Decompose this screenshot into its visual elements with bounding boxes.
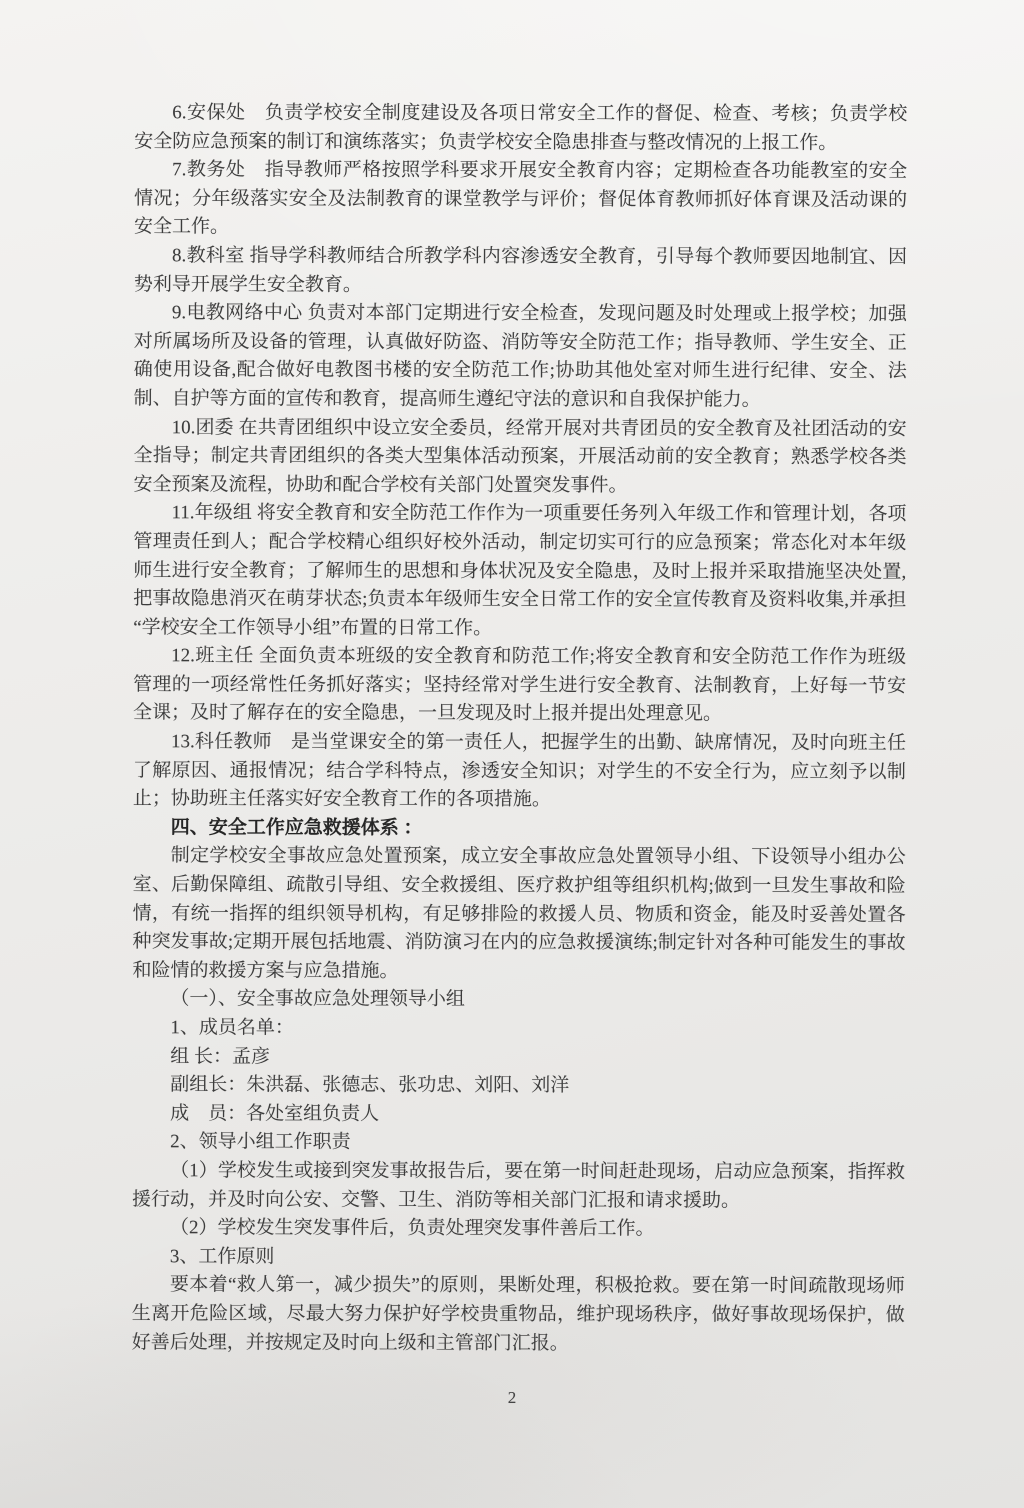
paragraph: （2）学校发生突发事件后，负责处理突发事件善后工作。 [132, 1214, 905, 1244]
document-body: 6.安保处 负责学校安全制度建设及各项日常安全工作的督促、检查、考核；负责学校安… [132, 99, 908, 1359]
paragraph: 13.科任教师 是当堂课安全的第一责任人，把握学生的出勤、缺席情况，及时向班主任… [133, 728, 906, 815]
paragraph: 组 长：孟彦 [132, 1043, 905, 1073]
paragraph: 11.年级组 将安全教育和安全防范工作作为一项重要任务列入年级工作和管理计划，各… [133, 500, 906, 645]
paragraph: 制定学校安全事故应急处置预案，成立安全事故应急处置领导小组、下设领导小组办公室、… [132, 843, 905, 988]
paragraph: 成 员：各处室组负责人 [132, 1100, 905, 1130]
section-heading: 四、安全工作应急救援体系 ： [133, 814, 906, 844]
scanned-page: 6.安保处 负责学校安全制度建设及各项日常安全工作的督促、检查、考核；负责学校安… [0, 0, 1024, 1508]
paragraph: 12.班主任 全面负责本班级的安全教育和防范工作;将安全教育和安全防范工作作为班… [133, 642, 906, 729]
paragraph: 副组长：朱洪磊、张德志、张功忠、刘阳、刘洋 [132, 1071, 905, 1101]
paragraph: 1、成员名单： [132, 1014, 905, 1044]
paragraph: 2、领导小组工作职责 [132, 1129, 905, 1159]
paragraph: 10.团委 在共青团组织中设立安全委员，经常开展对共青团员的安全教育及社团活动的… [133, 414, 906, 501]
paragraph: 3、工作原则 [132, 1243, 905, 1273]
paragraph: 9.电教网络中心 负责对本部门定期进行安全检查，发现问题及时处理或上报学校；加强… [134, 299, 907, 415]
page-number: 2 [0, 1388, 1024, 1408]
paragraph: 8.教科室 指导学科教师结合所教学科内容渗透安全教育，引导每个教师要因地制宜、因… [134, 242, 907, 301]
paragraph: 7.教务处 指导教师严格按照学科要求开展安全教育内容；定期检查各功能教室的安全情… [134, 156, 907, 243]
paragraph: （1）学校发生或接到突发事故报告后，要在第一时间赶赴现场，启动应急预案，指挥救援… [132, 1157, 905, 1216]
paragraph: 6.安保处 负责学校安全制度建设及各项日常安全工作的督促、检查、考核；负责学校安… [134, 99, 907, 158]
paragraph: 要本着“救人第一，减少损失”的原则，果断处理，积极抢救。要在第一时间疏散现场师生… [132, 1272, 905, 1359]
paragraph: （一）、安全事故应急处理领导小组 [132, 986, 905, 1016]
